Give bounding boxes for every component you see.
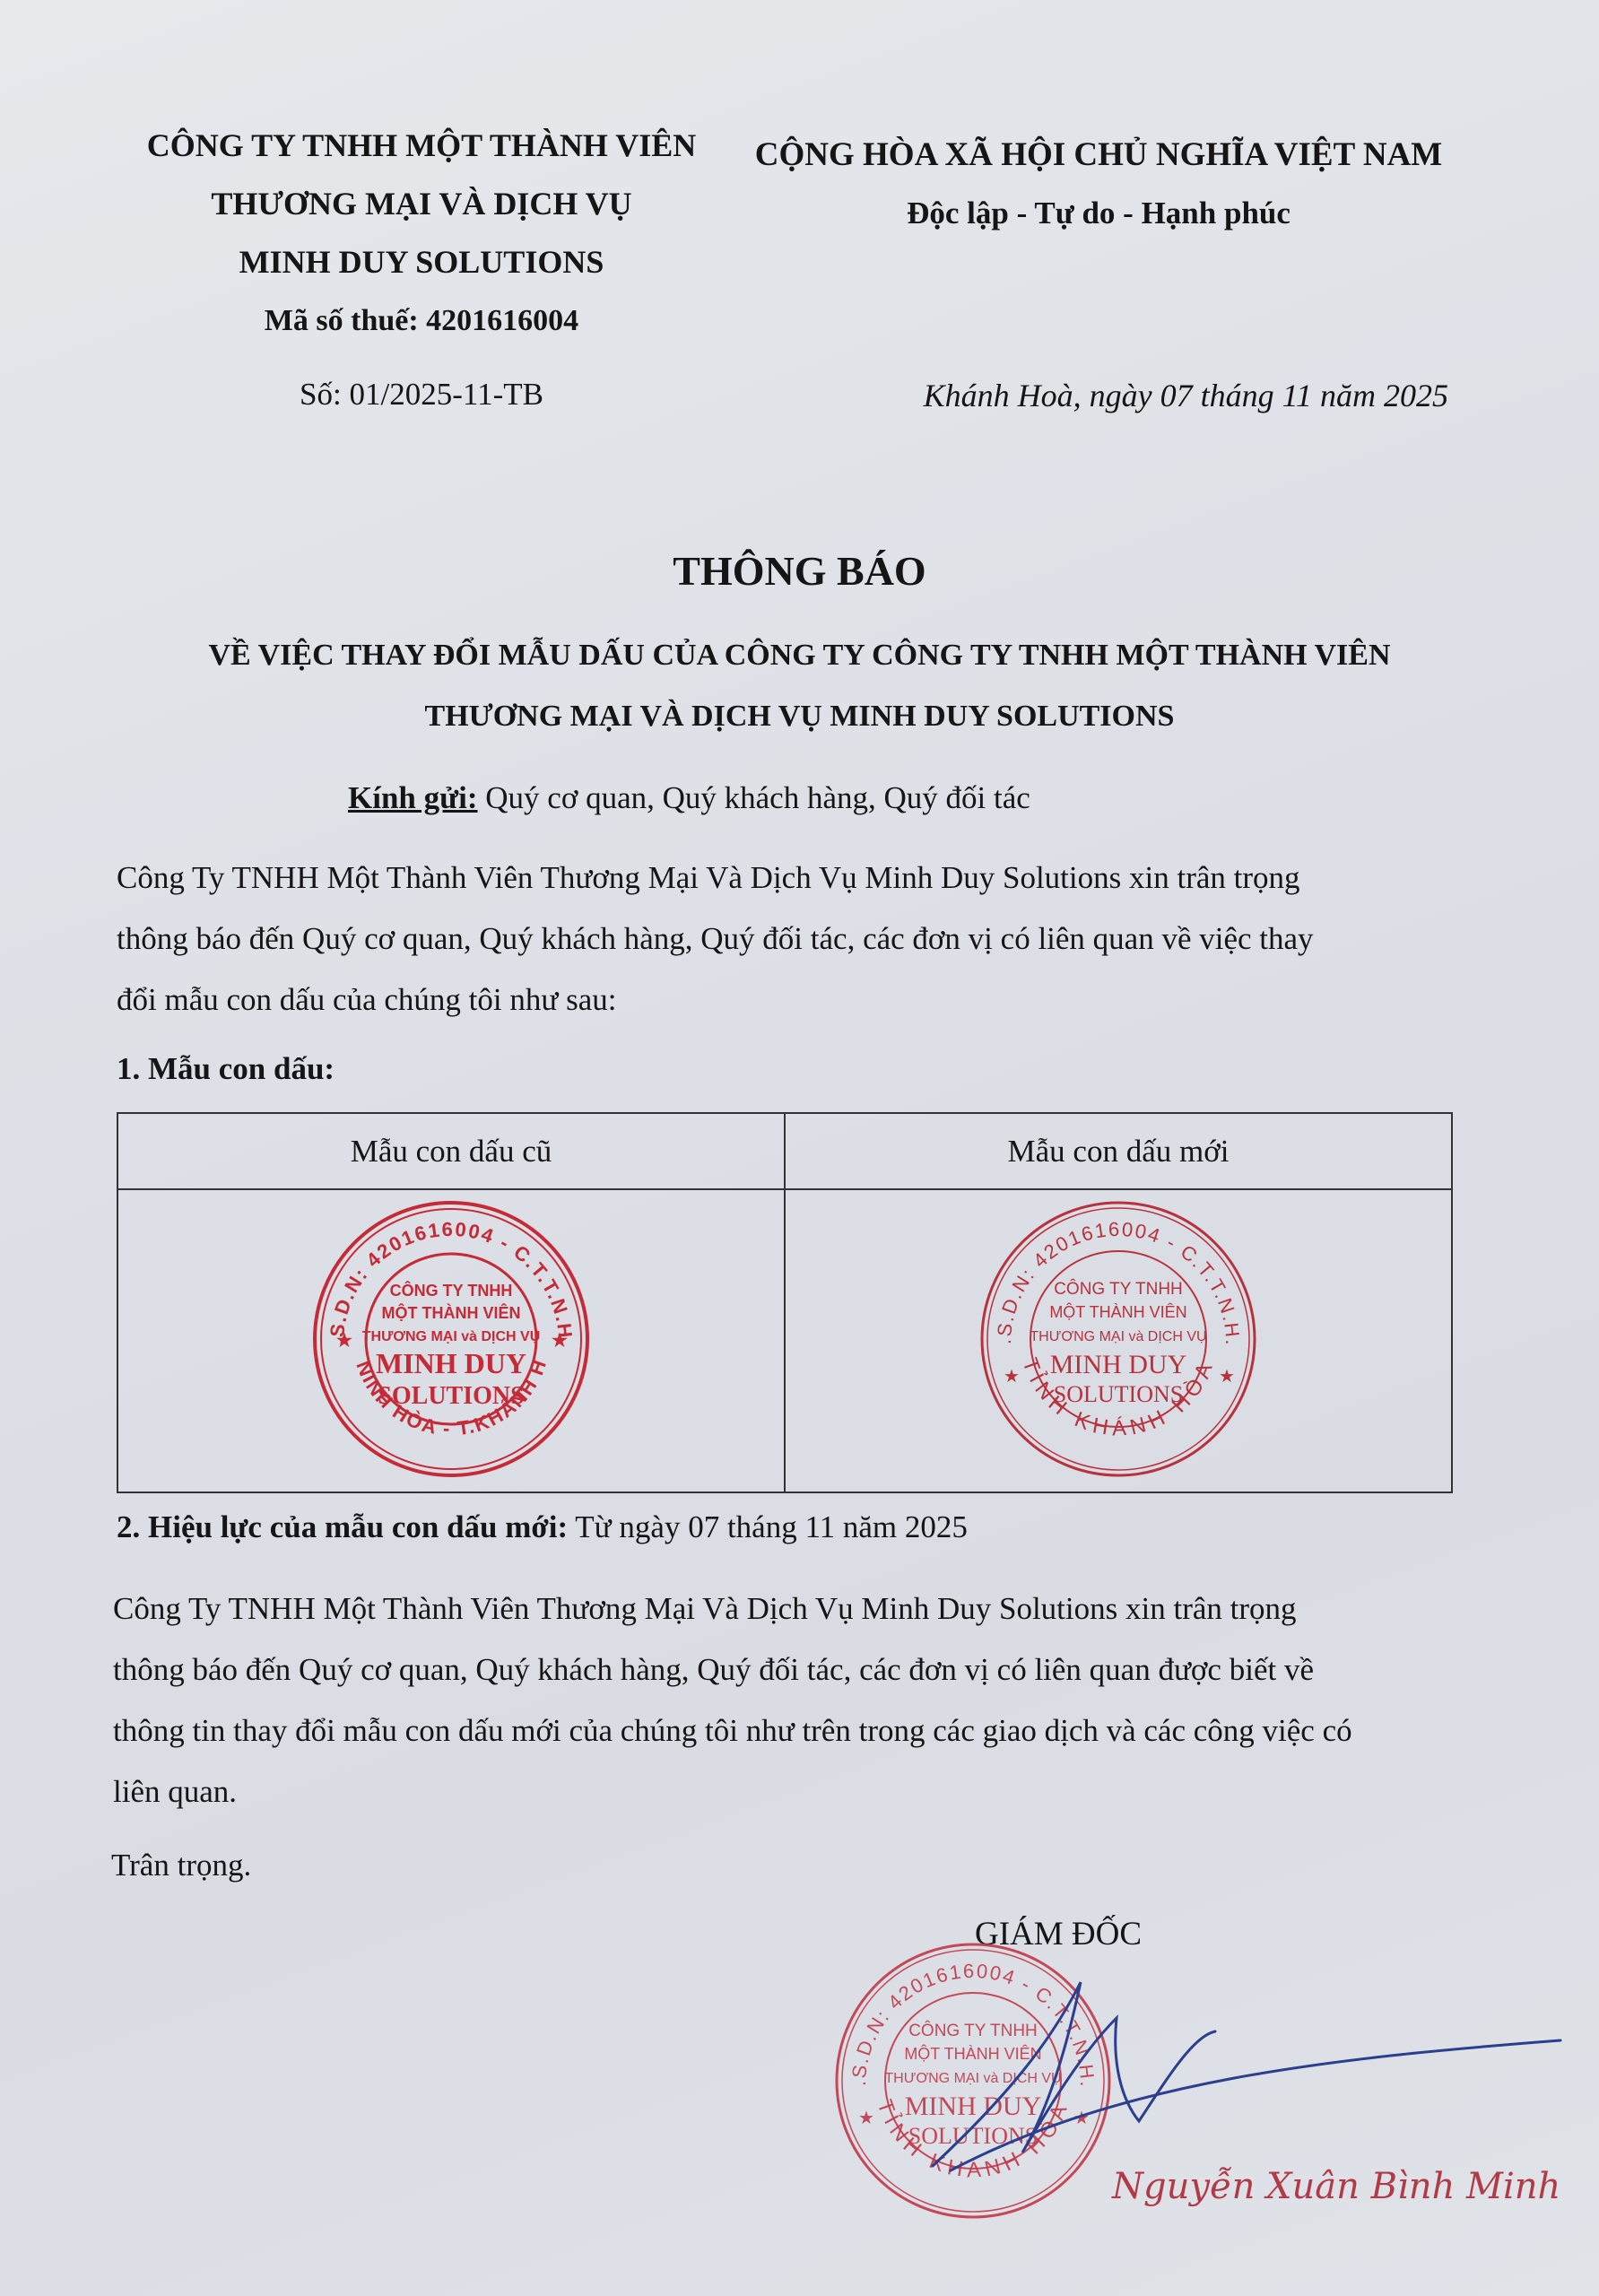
handwritten-signature — [897, 1964, 1578, 2188]
closing-line: thông báo đến Quý cơ quan, Quý khách hàn… — [113, 1639, 1512, 1700]
seal-col-old-header: Mẫu con dấu cũ — [117, 1113, 785, 1189]
signer-name: Nguyễn Xuân Bình Minh — [1112, 2166, 1560, 2207]
seal-new-cell: M.S.D.N: 4201616004 - C.T.T.N.H.H TỈNH K… — [785, 1189, 1452, 1492]
svg-text:MINH DUY: MINH DUY — [376, 1347, 526, 1379]
svg-text:M.S.D.N: 4201616004 - C.T.T.N.: M.S.D.N: 4201616004 - C.T.T.N.H.H — [308, 1196, 577, 1345]
closing-line: liên quan. — [113, 1761, 1512, 1822]
svg-text:MỘT THÀNH VIÊN: MỘT THÀNH VIÊN — [1049, 1302, 1186, 1321]
svg-text:★: ★ — [1004, 1367, 1020, 1387]
svg-text:SOLUTIONS: SOLUTIONS — [378, 1382, 524, 1410]
recipient: Kính gửi: Quý cơ quan, Quý khách hàng, Q… — [348, 780, 1030, 816]
svg-text:★: ★ — [858, 2109, 874, 2128]
svg-text:CÔNG TY TNHH: CÔNG TY TNHH — [1054, 1279, 1183, 1299]
section2: 2. Hiệu lực của mẫu con dấu mới: Từ ngày… — [117, 1509, 968, 1545]
closing-line: Công Ty TNHH Một Thành Viên Thương Mại V… — [113, 1578, 1512, 1639]
svg-text:★: ★ — [552, 1331, 568, 1351]
national-title: CỘNG HÒA XÃ HỘI CHỦ NGHĨA VIỆT NAM — [726, 126, 1471, 184]
svg-text:THƯƠNG MẠI và DỊCH VỤ: THƯƠNG MẠI và DỊCH VỤ — [362, 1329, 541, 1344]
intro-line: Công Ty TNHH Một Thành Viên Thương Mại V… — [117, 848, 1498, 909]
svg-text:THƯƠNG MẠI và DỊCH VỤ: THƯƠNG MẠI và DỊCH VỤ — [1030, 1329, 1206, 1344]
national-motto: Độc lập - Tự do - Hạnh phúc — [726, 184, 1471, 242]
svg-text:CÔNG TY TNHH: CÔNG TY TNHH — [390, 1281, 513, 1300]
subtitle-line2: THƯƠNG MẠI VÀ DỊCH VỤ MINH DUY SOLUTIONS — [0, 700, 1599, 734]
page-title: THÔNG BÁO — [0, 547, 1599, 595]
closing-line: thông tin thay đổi mẫu con dấu mới của c… — [113, 1700, 1512, 1761]
intro-line: thông báo đến Quý cơ quan, Quý khách hàn… — [117, 909, 1498, 970]
recipient-label: Kính gửi: — [348, 780, 478, 815]
svg-text:M.S.D.N: 4201616004 - C.T.T.N.: M.S.D.N: 4201616004 - C.T.T.N.H.H — [975, 1196, 1244, 1347]
section2-label: 2. Hiệu lực của mẫu con dấu mới: — [117, 1509, 568, 1544]
regards: Trân trọng. — [111, 1848, 251, 1883]
company-name-line1: CÔNG TY TNHH MỘT THÀNH VIÊN — [126, 117, 717, 175]
intro-paragraph: Công Ty TNHH Một Thành Viên Thương Mại V… — [117, 848, 1498, 1031]
svg-text:MỘT THÀNH VIÊN: MỘT THÀNH VIÊN — [382, 1303, 521, 1322]
company-name-line3: MINH DUY SOLUTIONS — [126, 233, 717, 291]
intro-line: đổi mẫu con dấu của chúng tôi như sau: — [117, 970, 1498, 1031]
subtitle-line1: VỀ VIỆC THAY ĐỔI MẪU DẤU CỦA CÔNG TY CÔN… — [0, 639, 1599, 673]
closing-paragraph: Công Ty TNHH Một Thành Viên Thương Mại V… — [113, 1578, 1512, 1822]
old-stamp: M.S.D.N: 4201616004 - C.T.T.N.H.H TX.NIN… — [308, 1196, 595, 1483]
svg-text:★: ★ — [336, 1331, 352, 1351]
new-stamp: M.S.D.N: 4201616004 - C.T.T.N.H.H TỈNH K… — [975, 1196, 1262, 1483]
svg-text:SOLUTIONS: SOLUTIONS — [1054, 1381, 1183, 1407]
section1-title: 1. Mẫu con dấu: — [117, 1051, 335, 1087]
svg-text:MINH DUY: MINH DUY — [1050, 1350, 1187, 1379]
company-header: CÔNG TY TNHH MỘT THÀNH VIÊN THƯƠNG MẠI V… — [126, 117, 717, 350]
company-name-line2: THƯƠNG MẠI VÀ DỊCH VỤ — [126, 175, 717, 233]
issue-date: Khánh Hoà, ngày 07 tháng 11 năm 2025 — [924, 377, 1448, 414]
tax-code: Mã số thuế: 4201616004 — [126, 291, 717, 350]
seal-old-cell: M.S.D.N: 4201616004 - C.T.T.N.H.H TX.NIN… — [117, 1189, 785, 1492]
document-number: Số: 01/2025-11-TB — [126, 377, 717, 413]
seal-table: Mẫu con dấu cũ Mẫu con dấu mới M.S.D — [117, 1112, 1453, 1493]
national-header: CỘNG HÒA XÃ HỘI CHỦ NGHĨA VIỆT NAM Độc l… — [726, 126, 1471, 242]
section2-value: Từ ngày 07 tháng 11 năm 2025 — [568, 1509, 968, 1544]
recipient-value: Quý cơ quan, Quý khách hàng, Quý đối tác — [478, 780, 1030, 815]
svg-text:★: ★ — [1219, 1367, 1235, 1387]
seal-col-new-header: Mẫu con dấu mới — [785, 1113, 1452, 1189]
